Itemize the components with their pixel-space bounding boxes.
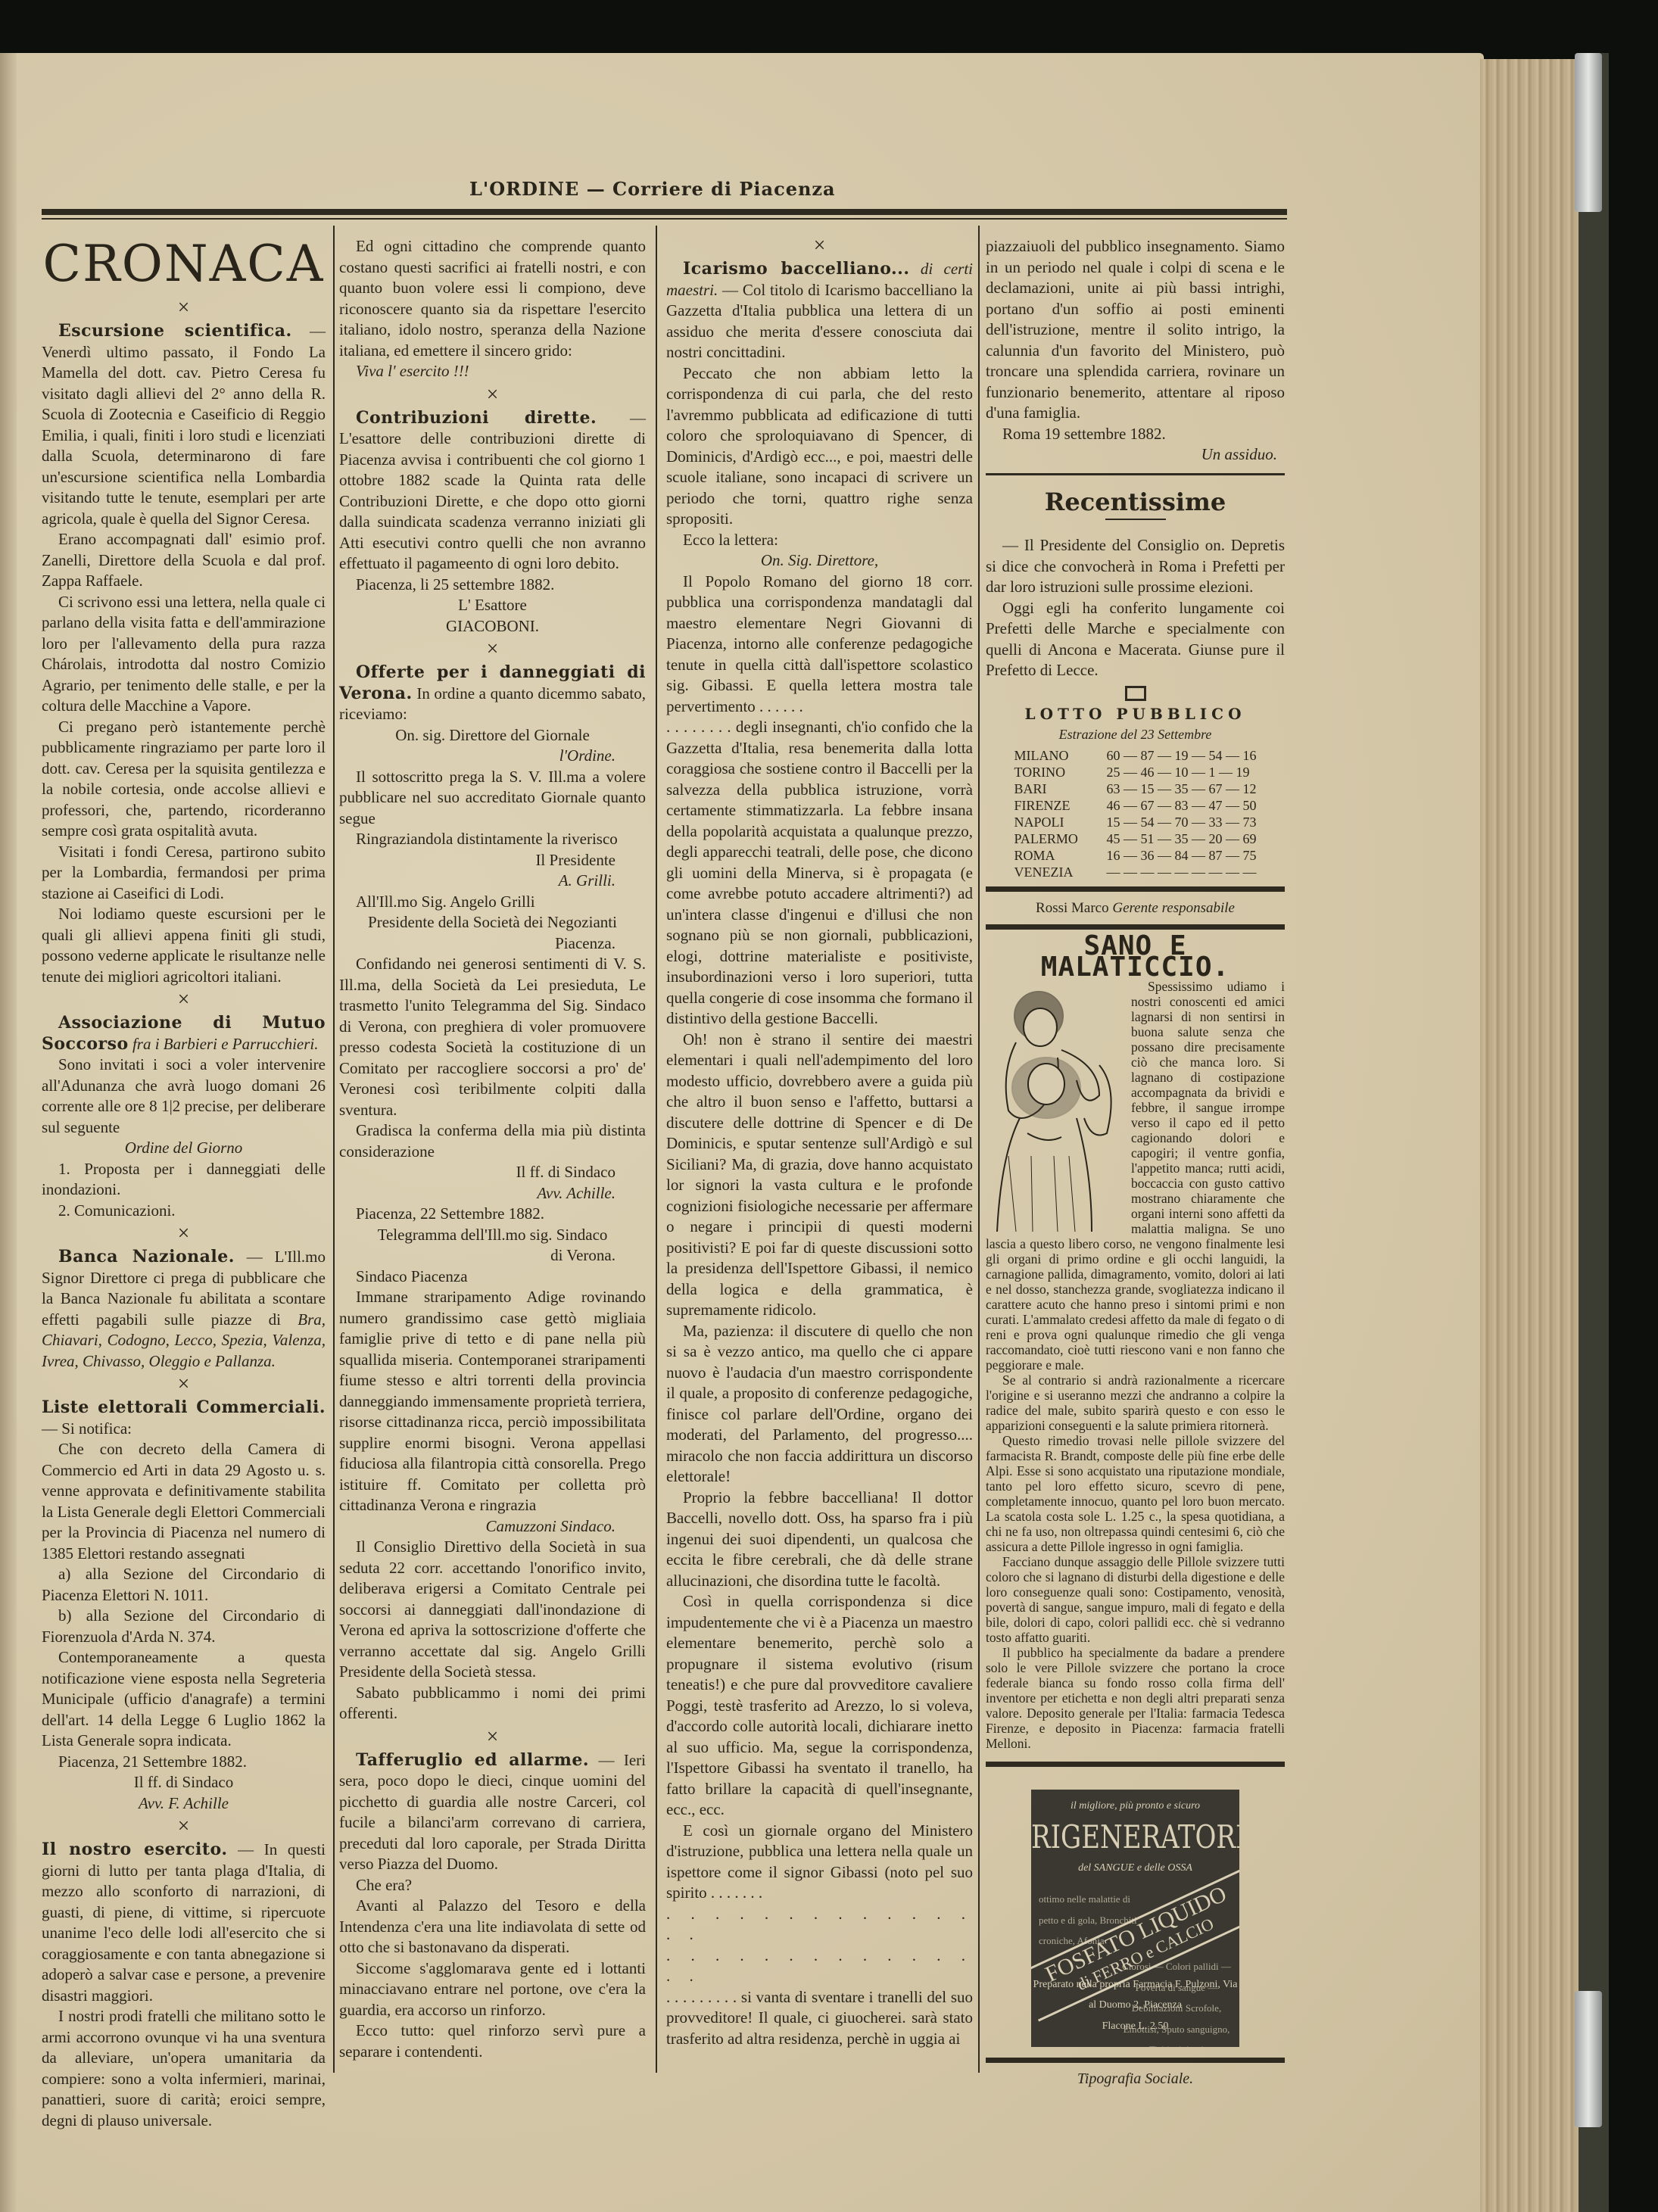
box-ornament-icon: [1125, 686, 1146, 701]
header-rule-thin: [42, 218, 1287, 220]
gerente-line: Rossi Marco Gerente responsabile: [986, 898, 1285, 919]
divider-thick: [986, 1762, 1285, 1767]
header-rule: [42, 209, 1287, 215]
separator-icon: ×: [339, 384, 646, 407]
printer-credit: Tipografia Sociale.: [986, 2069, 1285, 2090]
column-rule-1: [333, 226, 335, 2073]
article-escursione: Escursione scientifica. — Venerdì ultimo…: [42, 321, 326, 529]
column-2: Ed ogni cittadino che comprende quanto c…: [339, 227, 646, 2062]
article-esercito: Il nostro esercito. — In questi giorni d…: [42, 1840, 326, 2006]
separator-icon: ×: [42, 1815, 326, 1838]
book-cover-board: [1579, 53, 1609, 2212]
table-row: BARI63 — 15 — 35 — 67 — 12: [1013, 780, 1258, 797]
separator-icon: ×: [42, 1373, 326, 1396]
table-row: PALERMO45 — 51 — 35 — 20 — 69: [1013, 830, 1258, 847]
article-associazione: Associazione di Mutuo Soccorso fra i Bar…: [42, 1013, 326, 1055]
title-underline: [1105, 519, 1166, 520]
column-rule-3: [978, 226, 980, 2073]
article-liste: Liste elettorali Commerciali. — Si notif…: [42, 1397, 326, 1439]
article-tafferuglio: Tafferuglio ed allarme. — Ieri sera, poc…: [339, 1750, 646, 1875]
column-3: × Icarismo baccelliano... di certi maest…: [666, 227, 973, 2049]
divider-thick: [986, 2058, 1285, 2063]
divider-thick: [986, 924, 1285, 930]
lotto-title: LOTTO PUBBLICO: [986, 704, 1285, 725]
separator-icon: ×: [666, 235, 973, 257]
table-row: TORINO25 — 46 — 10 — 1 — 19: [1013, 764, 1258, 780]
recentissime-title: Recentissime: [986, 492, 1285, 513]
column-rule-2: [656, 226, 657, 2073]
table-row: FIRENZE46 — 67 — 83 — 47 — 50: [1013, 797, 1258, 814]
book-page-edges: [1480, 59, 1579, 2212]
column-4: piazzaiuoli del pubblico insegnamento. S…: [986, 227, 1285, 2090]
masthead: L'ORDINE — Corriere di Piacenza: [469, 178, 836, 200]
metal-corner-clip-bottom: [1575, 1991, 1602, 2127]
ad-sano-title: SANO E MALATICCIO.: [986, 936, 1285, 977]
lotto-table: MILANO60 — 87 — 19 — 54 — 16 TORINO25 — …: [1013, 747, 1258, 880]
table-row: MILANO60 — 87 — 19 — 54 — 16: [1013, 747, 1258, 764]
column-1: CRONACA × Escursione scientifica. — Vene…: [42, 227, 326, 2131]
separator-icon: ×: [339, 1726, 646, 1749]
article-banca: Banca Nazionale. — L'Ill.mo Signor Diret…: [42, 1247, 326, 1372]
ad-rigeneratore: il migliore, più pronto e sicuro RIGENER…: [1031, 1790, 1239, 2047]
ad-sano-body: Spessissimo udiamo i nostri conoscenti e…: [986, 979, 1285, 1751]
separator-icon: ×: [339, 638, 646, 661]
lotto-subtitle: Estrazione del 23 Settembre: [986, 724, 1285, 746]
separator-icon: ×: [42, 297, 326, 319]
table-row: VENEZIA— — — — — — — — —: [1013, 864, 1258, 880]
article-offerte: Offerte per i danneggiati di Verona. In …: [339, 662, 646, 725]
divider: [986, 473, 1285, 475]
table-row: ROMA16 — 36 — 84 — 87 — 75: [1013, 847, 1258, 864]
article-icarismo: Icarismo baccelliano... di certi maestri…: [666, 259, 973, 363]
table-row: NAPOLI15 — 54 — 70 — 33 — 73: [1013, 814, 1258, 830]
separator-icon: ×: [42, 1223, 326, 1245]
page-fold-shadow: [0, 53, 17, 2212]
metal-corner-clip-top: [1575, 53, 1602, 212]
divider-thick: [986, 886, 1285, 892]
separator-icon: ×: [42, 989, 326, 1011]
article-contribuzioni: Contribuzioni dirette. — L'esattore dell…: [339, 408, 646, 575]
mother-child-illustration-icon: [986, 982, 1122, 1232]
section-title: CRONACA: [42, 235, 326, 294]
